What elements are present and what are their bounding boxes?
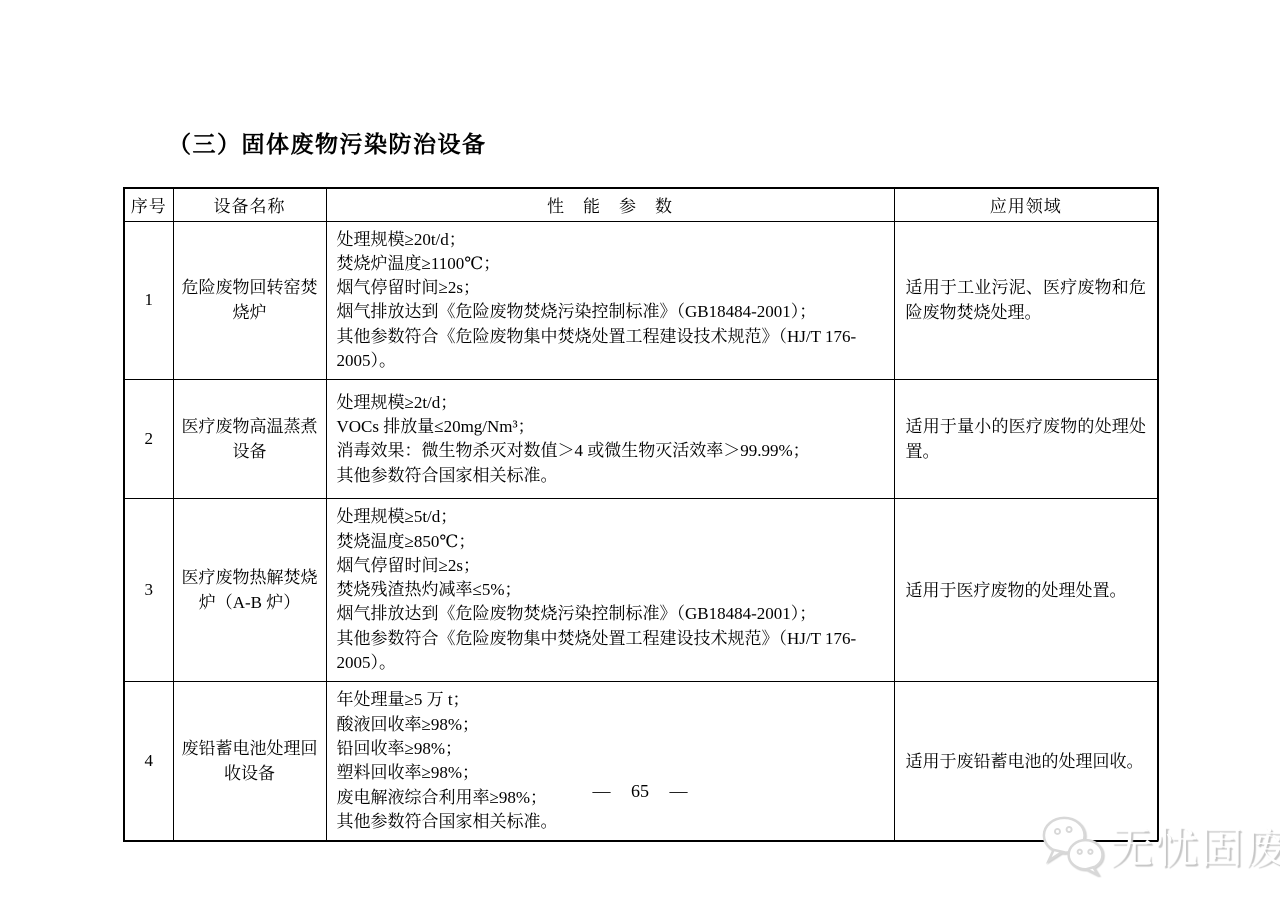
param-line: 焚烧炉温度≥1100℃；: [337, 252, 884, 276]
equipment-name: 医疗废物高温蒸煮设备: [173, 380, 326, 499]
equipment-table: 序号 设备名称 性 能 参 数 应用领域 1 危险废物回转窑焚烧炉 处理规模≥2…: [123, 187, 1159, 842]
param-line: 烟气排放达到《危险废物焚烧污染控制标准》（GB18484-2001）；: [337, 300, 884, 324]
table-row: 2 医疗废物高温蒸煮设备 处理规模≥2t/d； VOCs 排放量≤20mg/Nm…: [124, 380, 1158, 499]
performance-params: 处理规模≥2t/d； VOCs 排放量≤20mg/Nm³； 消毒效果：微生物杀灭…: [326, 380, 894, 499]
equipment-name: 医疗废物热解焚烧炉（A-B 炉）: [173, 499, 326, 682]
table-row: 1 危险废物回转窑焚烧炉 处理规模≥20t/d； 焚烧炉温度≥1100℃； 烟气…: [124, 221, 1158, 380]
performance-params: 处理规模≥5t/d； 焚烧温度≥850℃； 烟气停留时间≥2s； 焚烧残渣热灼减…: [326, 499, 894, 682]
param-line: 其他参数符合《危险废物集中焚烧处置工程建设技术规范》（HJ/T 176-2005…: [337, 627, 884, 676]
param-line: 其他参数符合《危险废物集中焚烧处置工程建设技术规范》（HJ/T 176-2005…: [337, 325, 884, 374]
param-line: VOCs 排放量≤20mg/Nm³；: [337, 415, 884, 439]
param-line: 处理规模≥2t/d；: [337, 391, 884, 415]
param-line: 烟气排放达到《危险废物焚烧污染控制标准》（GB18484-2001）；: [337, 602, 884, 626]
row-no: 4: [124, 682, 173, 841]
performance-params: 处理规模≥20t/d； 焚烧炉温度≥1100℃； 烟气停留时间≥2s； 烟气排放…: [326, 221, 894, 380]
param-line: 年处理量≥5 万 t；: [337, 688, 884, 712]
row-no: 1: [124, 221, 173, 380]
param-line: 焚烧残渣热灼减率≤5%；: [337, 578, 884, 602]
table-header-row: 序号 设备名称 性 能 参 数 应用领域: [124, 188, 1158, 221]
col-header-performance-params: 性 能 参 数: [326, 188, 894, 221]
page-number: — 65 —: [0, 781, 1280, 802]
section-title: （三）固体废物污染防治设备: [168, 126, 487, 159]
col-header-no: 序号: [124, 188, 173, 221]
watermark: 无忧固废: [1040, 814, 1280, 876]
application-field: 适用于工业污泥、医疗废物和危险废物焚烧处理。: [894, 221, 1158, 380]
table-row: 4 废铅蓄电池处理回收设备 年处理量≥5 万 t； 酸液回收率≥98%； 铅回收…: [124, 682, 1158, 841]
col-header-equipment-name: 设备名称: [173, 188, 326, 221]
equipment-name: 废铅蓄电池处理回收设备: [173, 682, 326, 841]
param-line: 其他参数符合国家相关标准。: [337, 810, 884, 834]
param-line: 酸液回收率≥98%；: [337, 713, 884, 737]
param-line: 处理规模≥20t/d；: [337, 228, 884, 252]
param-line: 处理规模≥5t/d；: [337, 505, 884, 529]
performance-params: 年处理量≥5 万 t； 酸液回收率≥98%； 铅回收率≥98%； 塑料回收率≥9…: [326, 682, 894, 841]
application-field: 适用于量小的医疗废物的处理处置。: [894, 380, 1158, 499]
row-no: 3: [124, 499, 173, 682]
param-line: 烟气停留时间≥2s；: [337, 554, 884, 578]
param-line: 其他参数符合国家相关标准。: [337, 464, 884, 488]
equipment-name: 危险废物回转窑焚烧炉: [173, 221, 326, 380]
param-line: 烟气停留时间≥2s；: [337, 276, 884, 300]
param-line: 铅回收率≥98%；: [337, 737, 884, 761]
row-no: 2: [124, 380, 173, 499]
col-header-application-field: 应用领域: [894, 188, 1158, 221]
wechat-icon: [1040, 814, 1104, 876]
watermark-text: 无忧固废: [1110, 815, 1280, 876]
param-line: 焚烧温度≥850℃；: [337, 530, 884, 554]
application-field: 适用于医疗废物的处理处置。: [894, 499, 1158, 682]
table-row: 3 医疗废物热解焚烧炉（A-B 炉） 处理规模≥5t/d； 焚烧温度≥850℃；…: [124, 499, 1158, 682]
param-line: 消毒效果：微生物杀灭对数值＞4 或微生物灭活效率＞99.99%；: [337, 439, 884, 463]
